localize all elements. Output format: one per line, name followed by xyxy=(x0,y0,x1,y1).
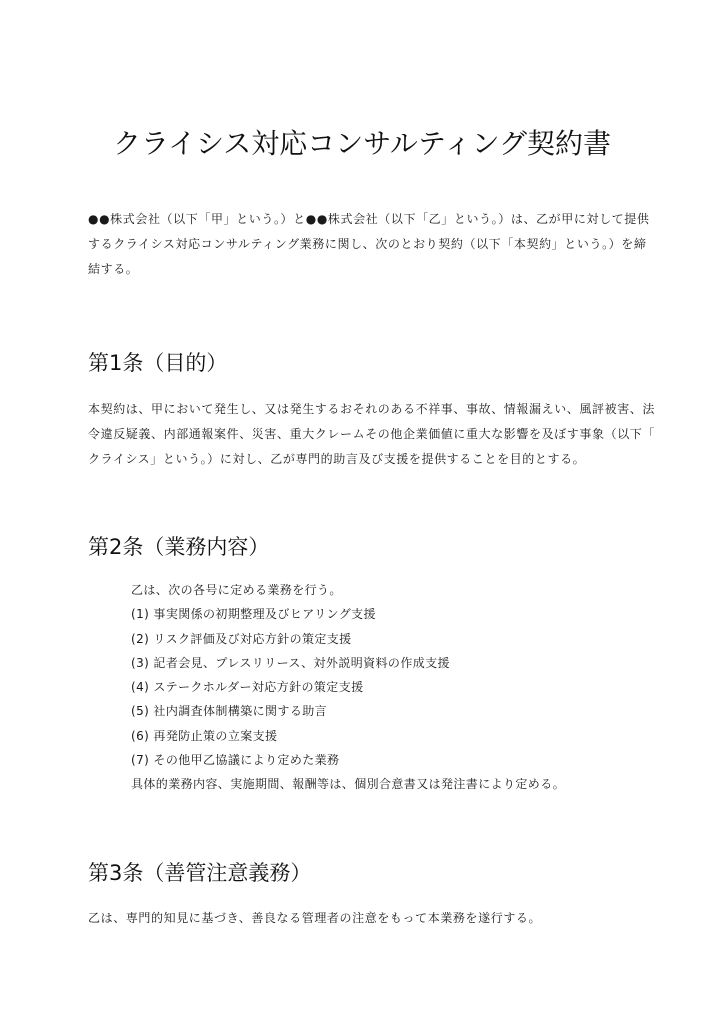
article-1-paragraph: 本契約は、甲において発生し、又は発生するおそれのある不祥事、事故、情報漏えい、風… xyxy=(88,397,648,472)
article-2-item-5: (5) 社内調査体制構築に関する助言 xyxy=(131,699,565,723)
article-2-body: 乙は、次の各号に定める業務を行う。 (1) 事実関係の初期整理及びヒアリング支援… xyxy=(131,578,565,797)
article-2-item-4: (4) ステークホルダー対応方針の策定支援 xyxy=(131,675,565,699)
article-2-item-1: (1) 事実関係の初期整理及びヒアリング支援 xyxy=(131,602,565,626)
article-2-intro: 乙は、次の各号に定める業務を行う。 xyxy=(131,578,565,602)
document-title: クライシス対応コンサルティング契約書 xyxy=(0,122,724,162)
article-1-heading: 第1条（目的） xyxy=(88,347,227,377)
article-3-heading: 第3条（善管注意義務） xyxy=(88,857,311,887)
preamble-line: するクライシス対応コンサルティング業務に関し、次のとおり契約（以下「本契約」とい… xyxy=(88,232,648,257)
article-1-line: 令違反疑義、内部通報案件、災害、重大クレームその他企業価値に重大な影響を及ぼす事… xyxy=(88,422,648,447)
article-2-closing: 具体的業務内容、実施期間、報酬等は、個別合意書又は発注書により定める。 xyxy=(131,772,565,796)
article-3-paragraph: 乙は、専門的知見に基づき、善良なる管理者の注意をもって本業務を遂行する。 xyxy=(88,906,648,931)
article-1-line: 本契約は、甲において発生し、又は発生するおそれのある不祥事、事故、情報漏えい、風… xyxy=(88,397,648,422)
article-2-item-3: (3) 記者会見、プレスリリース、対外説明資料の作成支援 xyxy=(131,651,565,675)
preamble-line: 結する。 xyxy=(88,257,648,282)
preamble-paragraph: ●●株式会社（以下「甲」という。）と●●株式会社（以下「乙」という。）は、乙が甲… xyxy=(88,207,648,282)
article-2-heading: 第2条（業務内容） xyxy=(88,531,269,561)
article-2-item-6: (6) 再発防止策の立案支援 xyxy=(131,724,565,748)
article-1-line: クライシス」という。）に対し、乙が専門的助言及び支援を提供することを目的とする。 xyxy=(88,447,648,472)
preamble-line: ●●株式会社（以下「甲」という。）と●●株式会社（以下「乙」という。）は、乙が甲… xyxy=(88,207,648,232)
document-page: クライシス対応コンサルティング契約書 ●●株式会社（以下「甲」という。）と●●株… xyxy=(0,0,724,1024)
article-2-item-7: (7) その他甲乙協議により定めた業務 xyxy=(131,748,565,772)
article-3-line: 乙は、専門的知見に基づき、善良なる管理者の注意をもって本業務を遂行する。 xyxy=(88,906,648,931)
article-2-item-2: (2) リスク評価及び対応方針の策定支援 xyxy=(131,627,565,651)
